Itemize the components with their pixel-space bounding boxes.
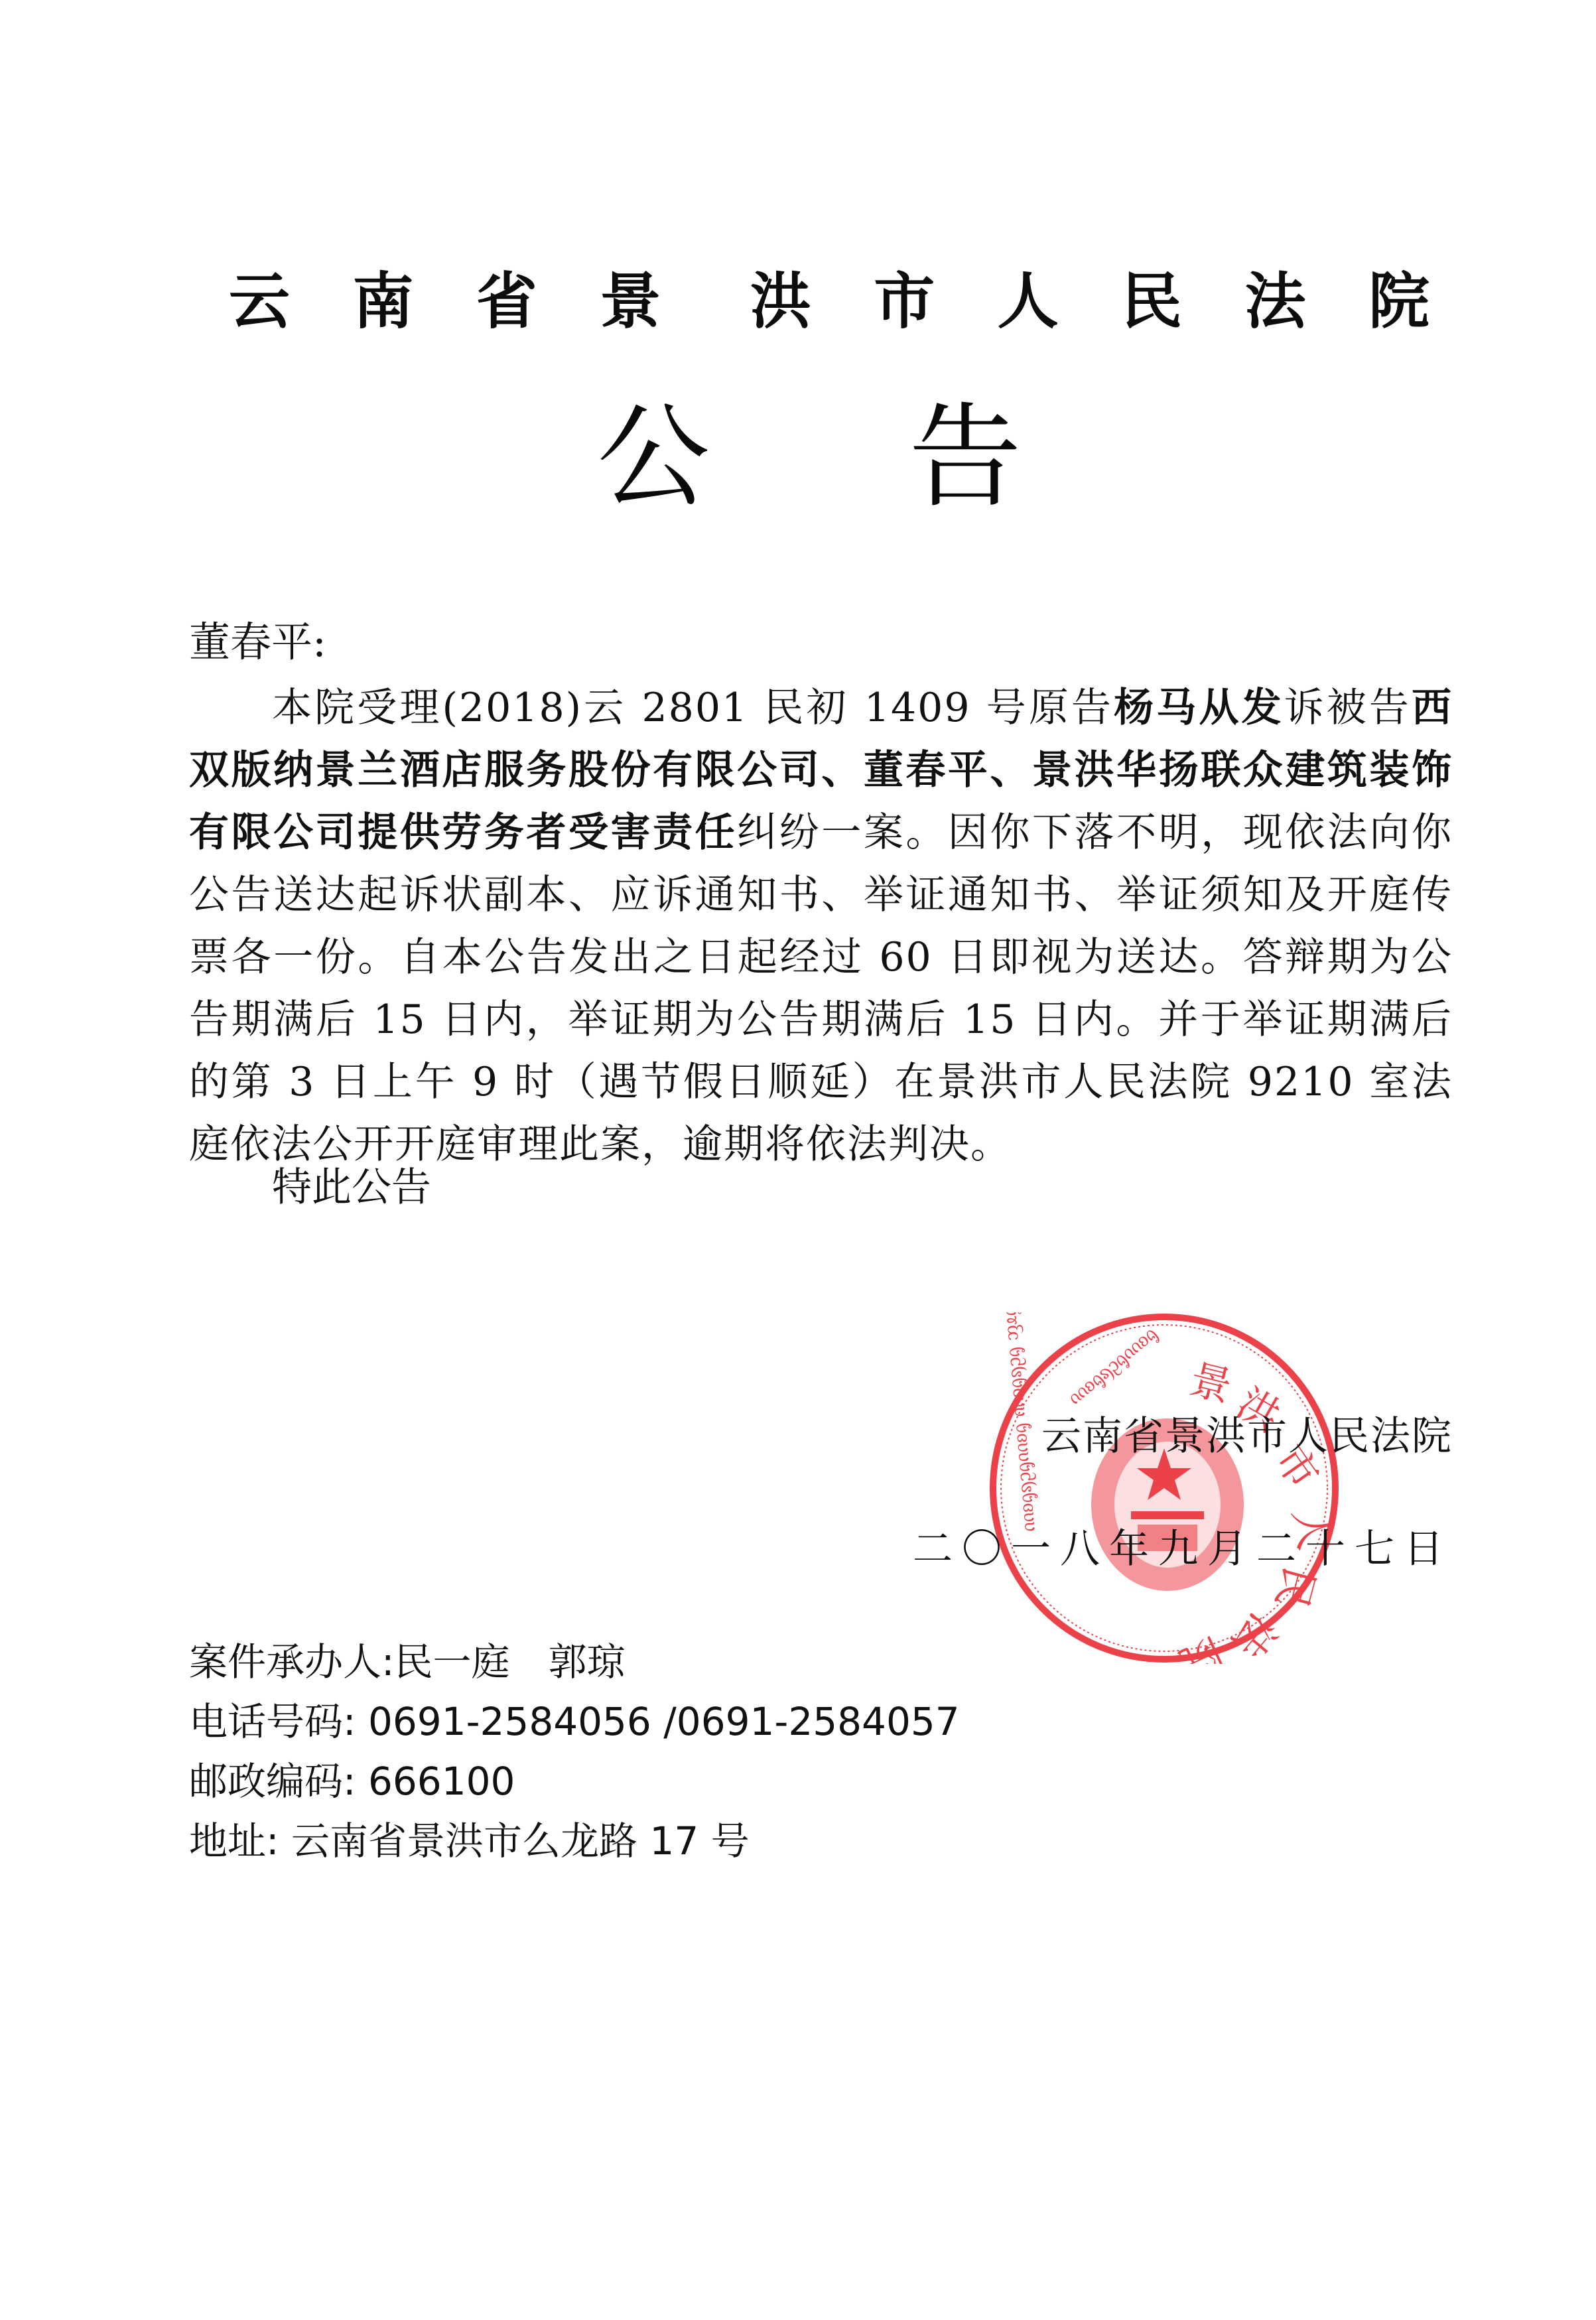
case-handler-label: 案件承办人: [189, 1639, 395, 1684]
court-title-char: 省 [476, 262, 537, 342]
court-title-char: 洪 [750, 262, 811, 342]
court-title-char: 市 [874, 262, 935, 342]
court-seal-icon: 景 洪 市 人 民 法 院 ᦶᦈᧂᦣᦳᧂᦶᦈᧂ ᦶᦈᧂᦣᦳᧂ ᦀᦸᧃ ᦶᦈᧂᦣᦳ… [988, 1312, 1340, 1664]
phone-label: 电话号码: [189, 1699, 356, 1744]
body-segment: 诉被告 [1284, 685, 1412, 731]
notice-body: 本院受理(2018)云 2801 民初 1409 号原告杨马从发诉被告西双版纳景… [189, 677, 1453, 1176]
postal-code-value: 666100 [356, 1759, 515, 1804]
salutation: 董春平: [189, 616, 326, 669]
phone-value: 0691-2584056 /0691-2584057 [356, 1699, 960, 1744]
postal-code-label: 邮政编码: [189, 1759, 356, 1804]
notice-heading-char: 告 [909, 391, 1022, 524]
body-segment: 纠纷一案。因你下落不明，现依法向你公告送达起诉状副本、应诉通知书、举证通知书、举… [189, 809, 1453, 1168]
closing-phrase: 特此公告 [272, 1161, 431, 1214]
address-label: 地址: [189, 1818, 279, 1864]
court-title-char: 景 [600, 262, 661, 342]
body-segment: 本院受理(2018)云 2801 民初 1409 号原告 [272, 685, 1114, 731]
svg-text:景: 景 [1185, 1355, 1236, 1412]
svg-text:ᦶᦈᧂᦣᦳᧂᦶᦈᧂ: ᦶᦈᧂᦣᦳᧂᦶᦈᧂ [1063, 1322, 1162, 1410]
contact-info: 案件承办人:民一庭 郭琼 电话号码: 0691-2584056 /0691-25… [189, 1632, 960, 1871]
address-value: 云南省景洪市么龙路 17 号 [279, 1818, 750, 1864]
court-title-char: 南 [352, 262, 413, 342]
court-title-char: 云 [229, 262, 290, 342]
address-row: 地址: 云南省景洪市么龙路 17 号 [189, 1811, 960, 1871]
phone-row: 电话号码: 0691-2584056 /0691-2584057 [189, 1692, 960, 1751]
plaintiff-name: 杨马从发 [1114, 685, 1284, 731]
court-title: 云 南 省 景 洪 市 人 民 法 院 [229, 262, 1430, 342]
court-title-char: 院 [1368, 262, 1430, 342]
court-title-char: 法 [1245, 262, 1306, 342]
issue-date: 二〇一八年九月二十七日 [913, 1523, 1453, 1576]
notice-heading: 公 告 [597, 391, 1022, 524]
court-title-char: 民 [1121, 262, 1182, 342]
case-handler-row: 案件承办人:民一庭 郭琼 [189, 1632, 960, 1692]
notice-heading-char: 公 [597, 391, 710, 524]
court-title-char: 人 [998, 262, 1059, 342]
postal-code-row: 邮政编码: 666100 [189, 1751, 960, 1811]
case-handler-value: 民一庭 郭琼 [395, 1639, 626, 1684]
signing-court: 云南省景洪市人民法院 [1041, 1410, 1453, 1463]
